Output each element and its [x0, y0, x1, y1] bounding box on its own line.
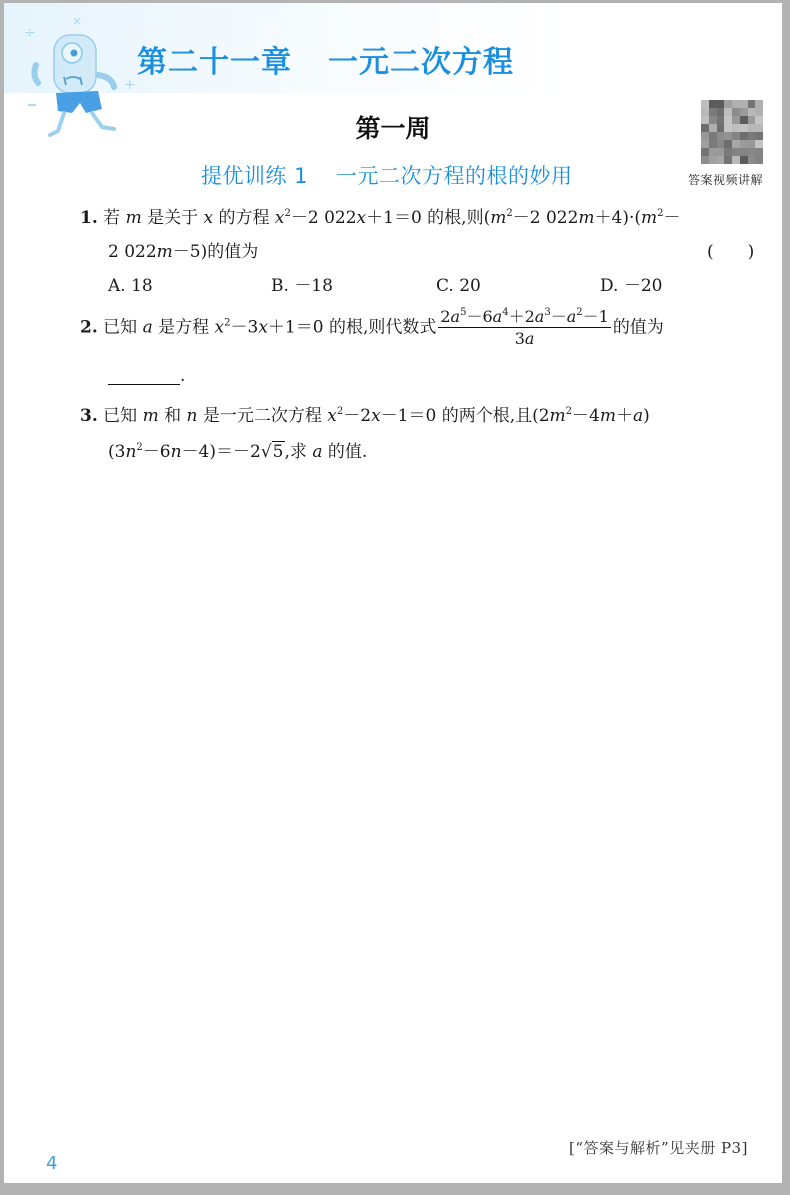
option-a[interactable]: A. 18 — [108, 278, 153, 295]
qr-label: 答案视频讲解 — [688, 171, 763, 188]
question-3-line-1: 3. 已知 m 和 n 是一元二次方程 x2－2x－1＝0 的两个根,且(2m2… — [80, 408, 650, 425]
question-1-line-1: 1. 若 m 是关于 x 的方程 x2－2 022x＋1＝0 的根,则(m2－2… — [80, 210, 681, 227]
chapter-name: 一元二次方程 — [328, 45, 514, 80]
workbook-page: ÷ × + 第二十一章一元二次方程 第一周 提优训练 1一元二次方程的根的妙用 … — [4, 3, 782, 1183]
answer-blank[interactable]: . — [108, 368, 185, 385]
section-label: 提优训练 1 — [201, 164, 308, 188]
algebraic-fraction: 2a5－6a4＋2a3－a2－13a — [438, 309, 610, 347]
week-title: 第一周 — [4, 109, 782, 145]
option-c[interactable]: C. 20 — [436, 278, 481, 295]
question-2-line-1: 2. 已知 a 是方程 x2－3x＋1＝0 的根,则代数式2a5－6a4＋2a3… — [80, 309, 664, 347]
question-number: 3. — [80, 406, 98, 426]
svg-text:÷: ÷ — [24, 25, 36, 41]
fill-in-blank[interactable] — [108, 368, 180, 385]
qr-code-icon[interactable] — [701, 100, 763, 164]
chapter-label: 第二十一章 — [137, 45, 292, 80]
chapter-title: 第二十一章一元二次方程 — [137, 37, 514, 81]
question-1-line-2: 2 022m－5)的值为 — [108, 244, 258, 261]
svg-text:×: × — [72, 14, 82, 28]
answer-bracket[interactable]: ( ) — [707, 244, 754, 261]
page-number: 4 — [46, 1153, 57, 1174]
section-name: 一元二次方程的根的妙用 — [336, 164, 573, 188]
option-b[interactable]: B. －18 — [271, 278, 333, 295]
question-number: 2. — [80, 318, 98, 338]
svg-text:+: + — [124, 77, 136, 93]
option-d[interactable]: D. －20 — [600, 278, 662, 295]
question-3-line-2: (3n2－6n－4)＝－2√5,求 a 的值. — [108, 444, 367, 461]
question-number: 1. — [80, 208, 98, 228]
section-title: 提优训练 1一元二次方程的根的妙用 — [201, 160, 573, 190]
sqrt-symbol: √ — [261, 442, 272, 462]
answer-reference: [“答案与解析”见夹册 P3] — [569, 1137, 748, 1158]
